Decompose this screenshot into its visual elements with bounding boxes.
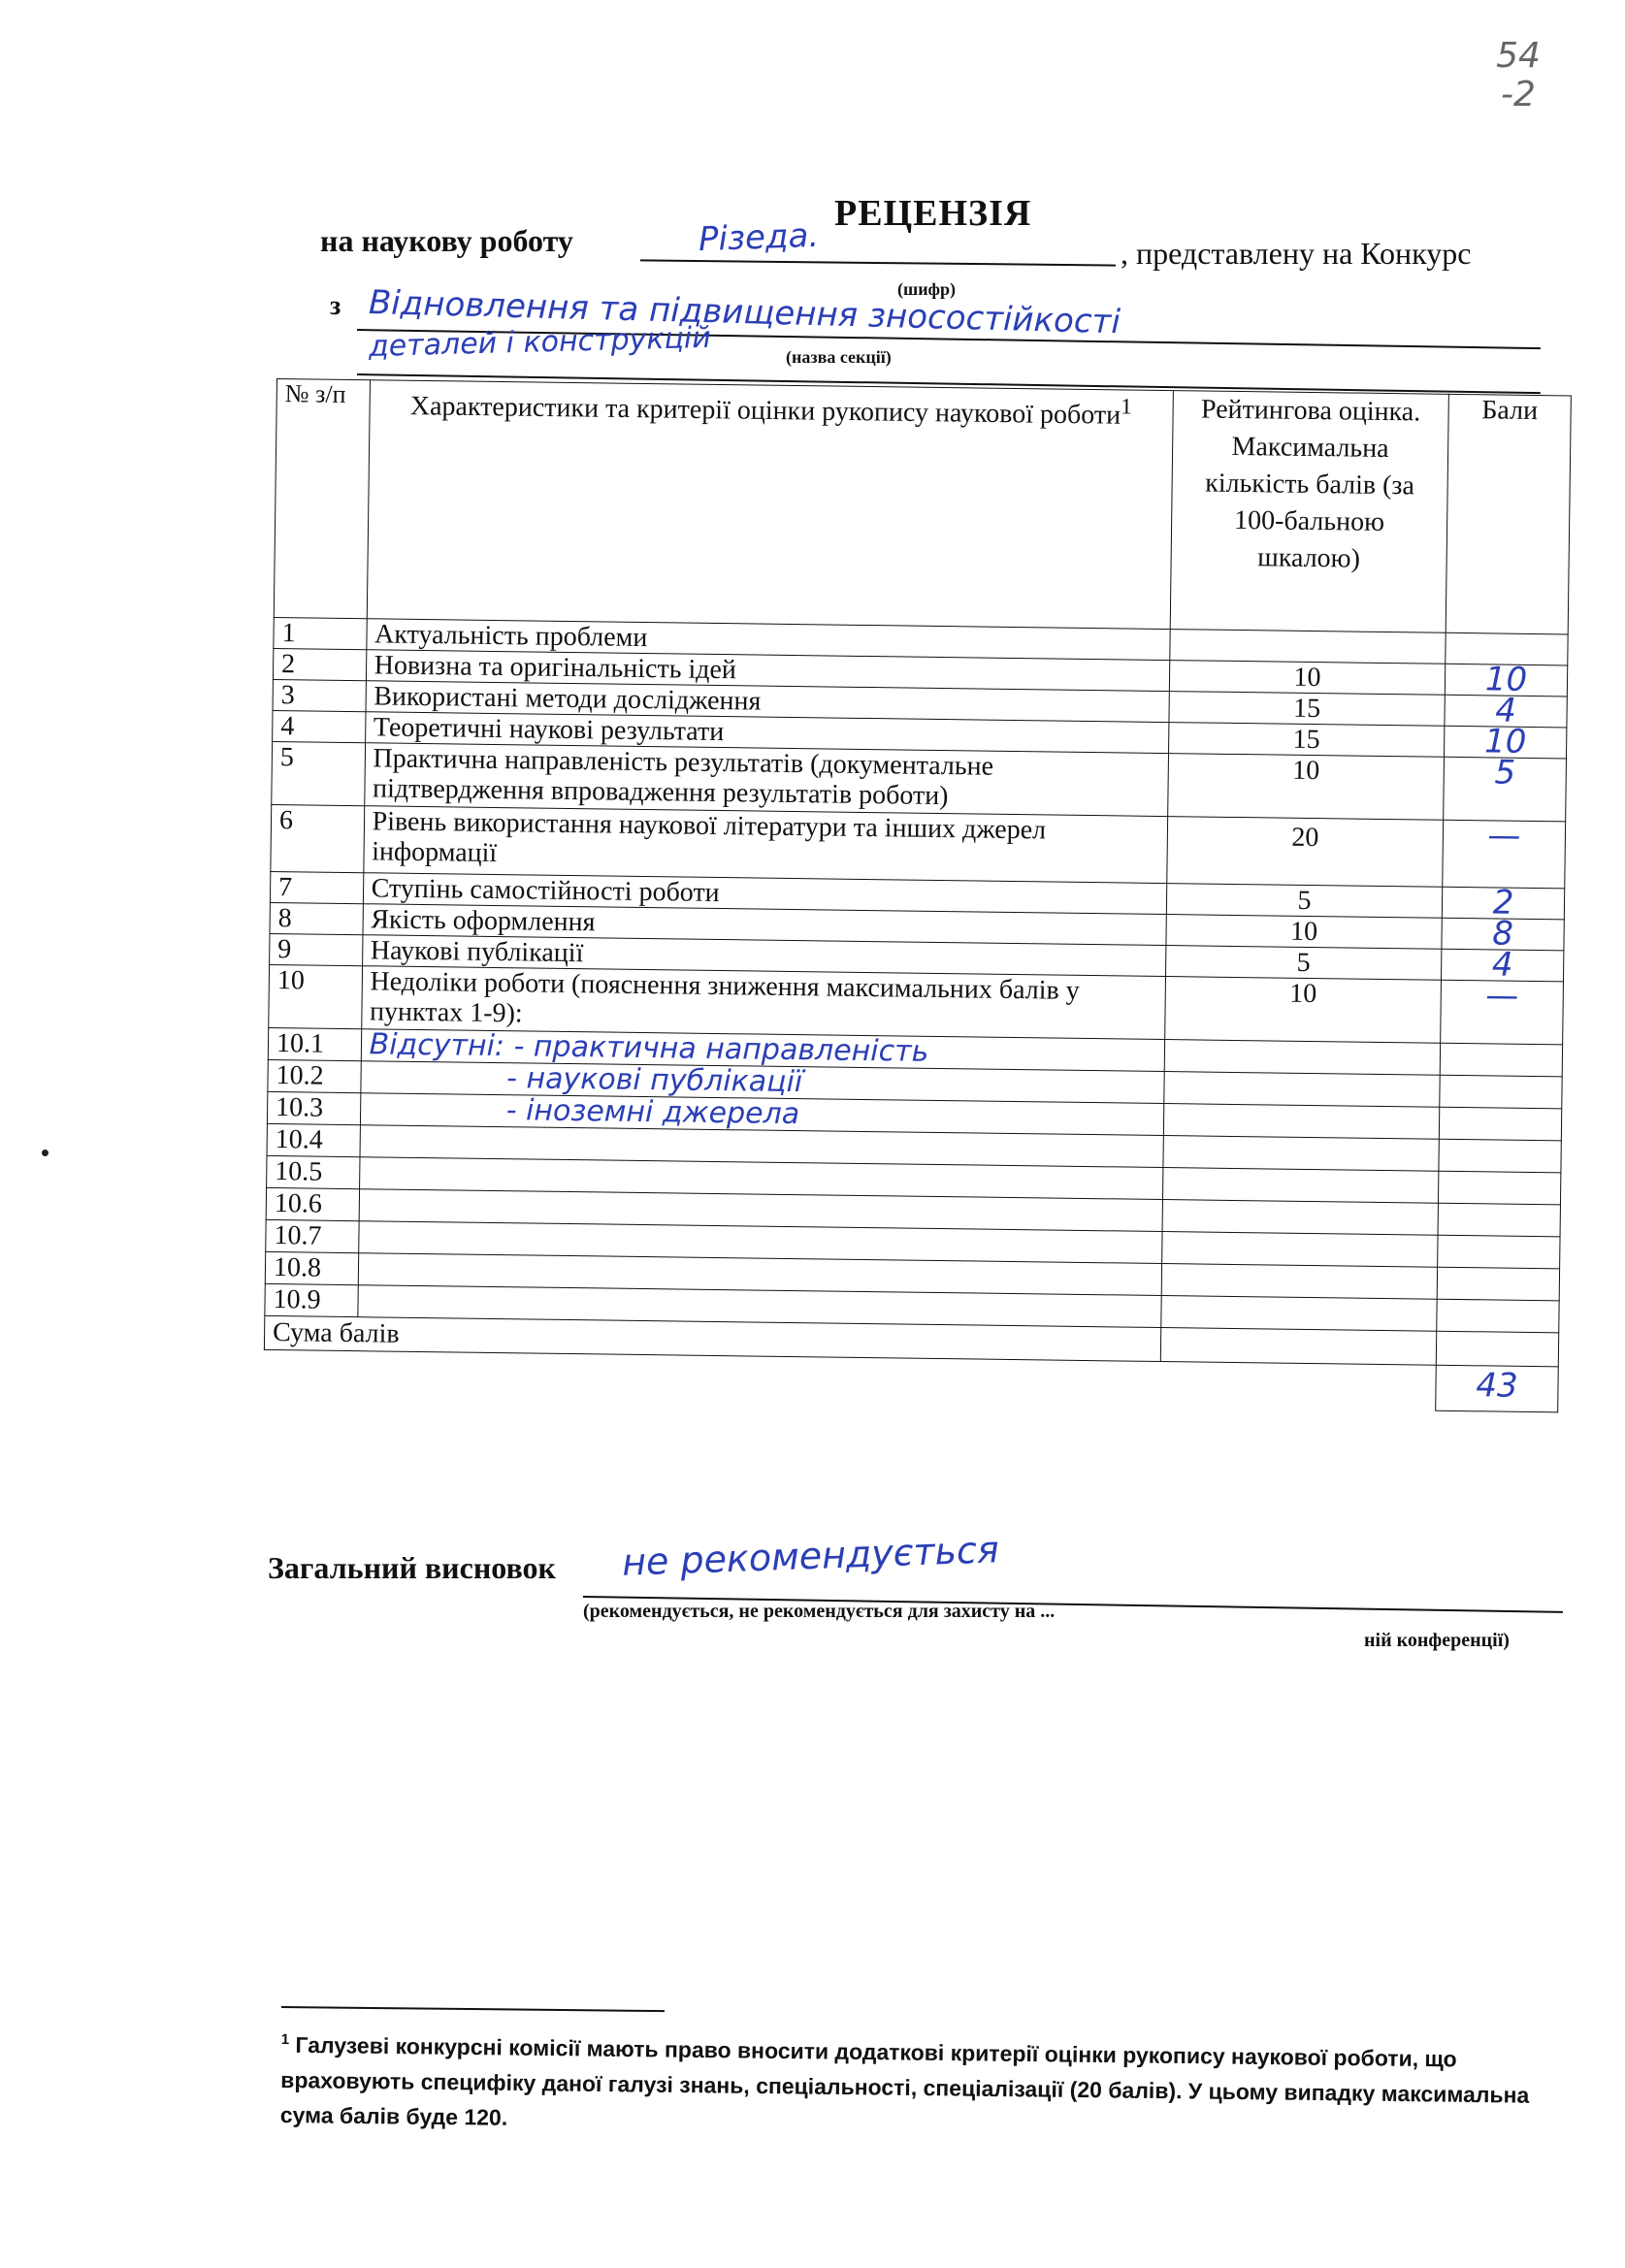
subrow-num: 10.5 <box>267 1155 360 1188</box>
sum-max <box>1160 1328 1437 1366</box>
row-num: 6 <box>271 804 364 872</box>
header-criteria-text: Характеристики та критерії оцінки рукопи… <box>410 391 1121 431</box>
corner-handwritten-note: 54 -2 <box>1475 37 1562 114</box>
work-cipher-value: Різеда. <box>698 216 819 259</box>
row-num: 9 <box>270 933 363 965</box>
row-max: 15 <box>1168 723 1445 758</box>
subrow-max <box>1163 1104 1440 1140</box>
row-criterion: Практична направленість результатів (док… <box>364 743 1168 817</box>
subrow-num: 10.3 <box>267 1091 360 1124</box>
subrow-num: 10.4 <box>267 1123 360 1156</box>
subrow-score <box>1440 1043 1562 1077</box>
footnote-mark: 1 <box>1121 394 1132 419</box>
subrow-max <box>1162 1200 1439 1236</box>
subrow-score <box>1439 1139 1561 1173</box>
corner-note-line1: 54 <box>1475 37 1562 76</box>
subrow-max <box>1162 1168 1439 1204</box>
footnote-number: 1 <box>281 2031 290 2048</box>
total-score: 43 <box>1436 1365 1559 1412</box>
conclusion-caption-left: (рекомендується, не рекомендується для з… <box>583 1601 1055 1623</box>
work-cipher-line: на наукову роботу Різеда. , представлену… <box>320 218 1543 276</box>
subrow-num: 10.1 <box>268 1027 361 1060</box>
row-num: 10 <box>269 964 362 1028</box>
row-max: 5 <box>1165 946 1442 981</box>
subrow-score <box>1440 1075 1562 1109</box>
subrow-score <box>1437 1299 1559 1333</box>
subrow-max <box>1161 1232 1438 1268</box>
row-criterion: Рівень використання наукової літератури … <box>363 806 1167 884</box>
header-num: № з/п <box>274 379 370 619</box>
row-max: 10 <box>1164 977 1441 1044</box>
subrow-max <box>1164 1072 1441 1108</box>
subrow-num: 10.8 <box>265 1251 358 1284</box>
row-score: 5 <box>1444 757 1567 822</box>
row-num: 4 <box>273 710 366 742</box>
conclusion-label: Загальний висновок <box>268 1550 556 1586</box>
header-max-score: Рейтингова оцінка. Максимальна кількість… <box>1170 391 1448 633</box>
row-max: 15 <box>1169 692 1446 727</box>
header-criteria: Характеристики та критерії оцінки рукопи… <box>367 380 1173 630</box>
corner-note-line2: -2 <box>1475 76 1562 114</box>
row-num: 1 <box>274 617 367 649</box>
cipher-underline <box>640 259 1116 266</box>
subrow-score <box>1438 1235 1560 1269</box>
subrow-max <box>1161 1296 1438 1332</box>
footnote-text: Галузеві конкурсні комісії мають право в… <box>280 2032 1530 2130</box>
row-num: 7 <box>270 871 363 903</box>
subrow-score <box>1438 1203 1560 1237</box>
evaluation-table-wrapper: № з/п Характеристики та критерії оцінки … <box>261 378 1572 1559</box>
conclusion-caption-right: ній конференції) <box>1364 1630 1510 1652</box>
general-conclusion: Загальний висновок не рекомендується (ре… <box>268 1542 1568 1649</box>
subrow-num: 10.6 <box>266 1187 359 1220</box>
work-label: на наукову роботу <box>320 223 573 259</box>
row-max: 20 <box>1167 817 1444 888</box>
section-name-line2: деталей і конструкцій <box>369 321 712 364</box>
row-num: 5 <box>272 741 365 805</box>
row-num: 3 <box>273 679 366 711</box>
subrow-score <box>1437 1267 1559 1301</box>
row-max: 5 <box>1166 884 1443 919</box>
review-form-page: 54 -2 РЕЦЕНЗІЯ на наукову роботу Різеда.… <box>0 0 1625 2268</box>
scan-speck <box>42 1150 49 1156</box>
subrow-num: 10.2 <box>268 1059 361 1092</box>
row-score: — <box>1443 820 1566 889</box>
footnote: 1 Галузеві конкурсні комісії мають право… <box>280 2023 1572 2148</box>
subrow-max <box>1161 1264 1438 1300</box>
subrow-num: 10.9 <box>265 1283 358 1316</box>
row-max <box>1170 630 1446 664</box>
section-prefix: з <box>330 291 341 322</box>
section-line: з Відновлення та підвищення зносостійкос… <box>330 283 1533 380</box>
subrow-num: 10.7 <box>266 1219 359 1252</box>
row-max: 10 <box>1167 754 1444 821</box>
row-num: 2 <box>273 648 366 680</box>
table-header-row: № з/п Характеристики та критерії оцінки … <box>274 379 1571 634</box>
submitted-to-contest-text: , представлену на Конкурс <box>1121 236 1471 272</box>
evaluation-table: № з/п Характеристики та критерії оцінки … <box>263 378 1572 1412</box>
header-score: Бали <box>1446 394 1571 634</box>
section-caption: (назва секції) <box>786 347 892 368</box>
row-score: — <box>1441 980 1564 1045</box>
subrow-score <box>1439 1107 1561 1141</box>
subrow-max <box>1164 1040 1441 1076</box>
row-max: 10 <box>1166 915 1443 950</box>
sum-score-spacer <box>1436 1331 1558 1367</box>
row-num: 8 <box>270 902 363 934</box>
subrow-max <box>1163 1136 1440 1172</box>
footnote-separator <box>281 2006 665 2012</box>
row-max: 10 <box>1169 661 1446 696</box>
subrow-score <box>1439 1171 1561 1205</box>
